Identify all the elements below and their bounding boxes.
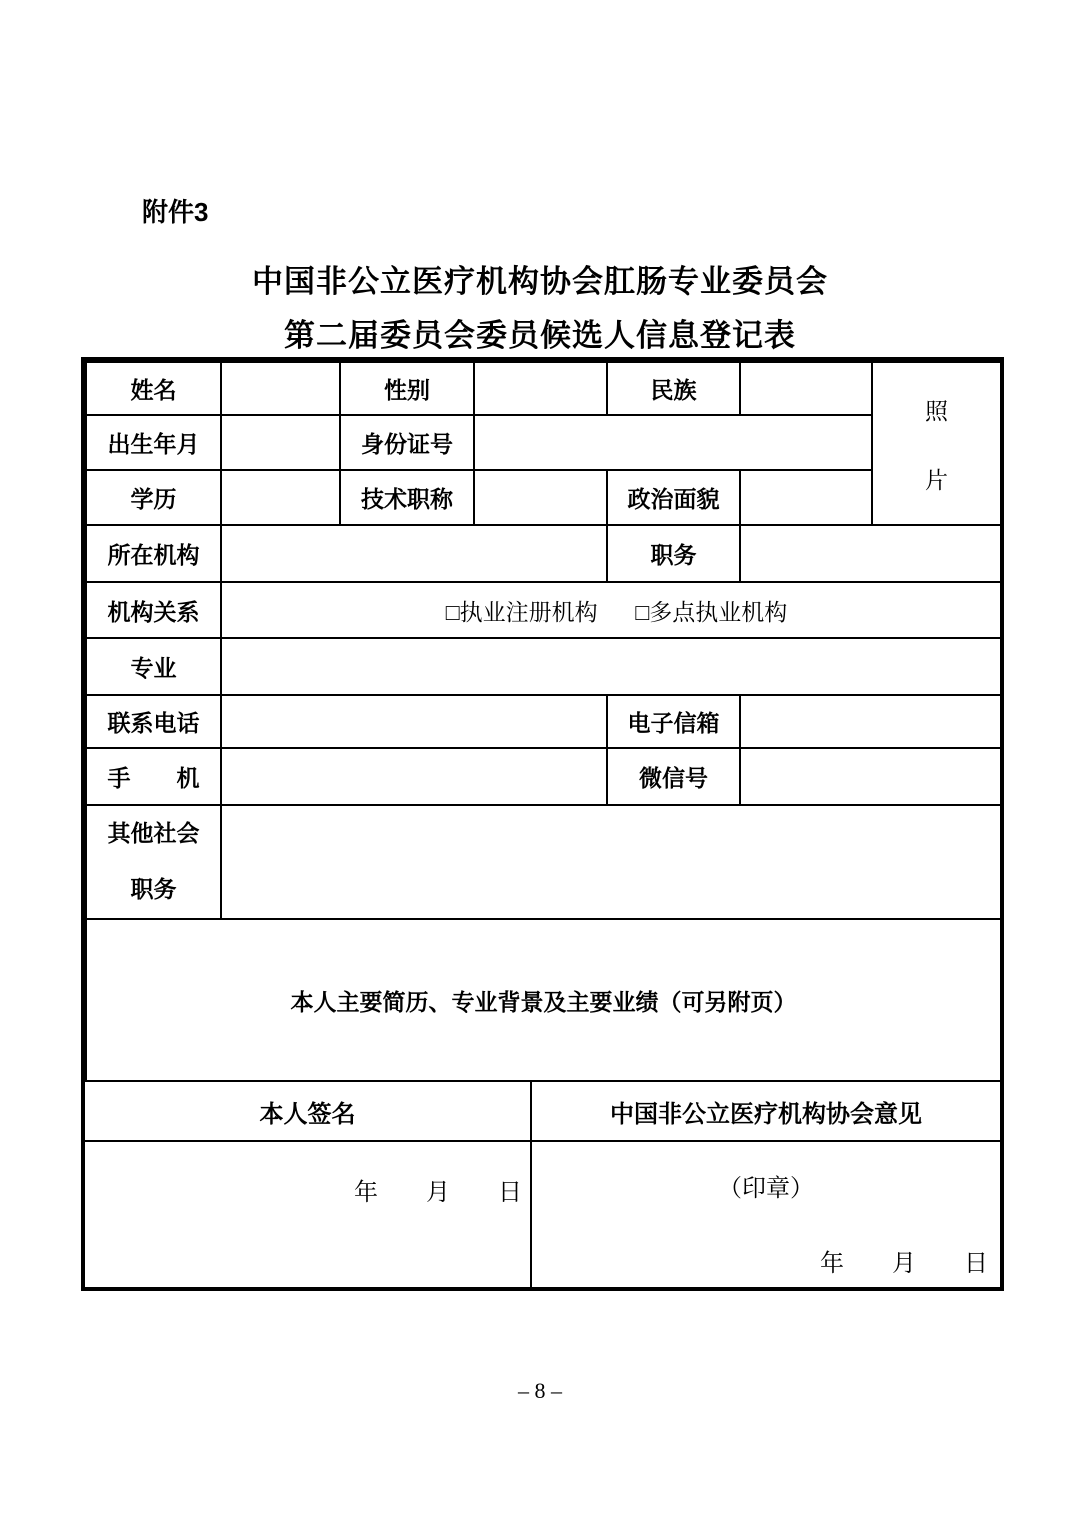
- table-row: 机构关系 □执业注册机构 □多点执业机构: [86, 582, 1001, 638]
- association-date-placeholder: 年 月 日: [532, 1243, 1000, 1278]
- table-row: 其他社会 职务: [86, 805, 1001, 919]
- table-row: 联系电话 电子信箱: [86, 695, 1001, 748]
- id-number-value-cell[interactable]: [474, 415, 872, 470]
- resume-label: 本人主要简历、专业背景及主要业绩（可另附页）: [291, 990, 797, 1015]
- id-number-label: 身份证号: [340, 415, 474, 470]
- document-page: { "page": { "attachment": "附件3", "title_…: [0, 0, 1080, 1527]
- table-row: 学历 技术职称 政治面貌: [86, 470, 1001, 525]
- ethnicity-label: 民族: [607, 362, 740, 415]
- signature-date-cell[interactable]: 年 月 日: [85, 1142, 532, 1287]
- birthdate-label: 出生年月: [86, 415, 221, 470]
- ethnicity-value-cell[interactable]: [740, 362, 872, 415]
- position-label: 职务: [607, 525, 740, 582]
- signature-section: 本人签名 中国非公立医疗机构协会意见 年 月 日 （印章） 年 月 日: [85, 1082, 1000, 1287]
- photo-label: 照 片: [873, 393, 1000, 495]
- table-row: 专业: [86, 638, 1001, 695]
- attachment-label: 附件3: [142, 192, 208, 229]
- specialty-label: 专业: [86, 638, 221, 695]
- page-number: – 8 –: [0, 1378, 1080, 1404]
- photo-char-bottom: 片: [925, 462, 948, 495]
- signature-label: 本人签名: [260, 1094, 356, 1129]
- info-grid: 姓名 性别 民族 照 片 出生年月 身份证号 学历 技术职称 政治面貌: [85, 361, 1002, 1082]
- gender-label: 性别: [340, 362, 474, 415]
- email-value-cell[interactable]: [740, 695, 1001, 748]
- photo-char-top: 照: [925, 393, 948, 426]
- email-label: 电子信箱: [607, 695, 740, 748]
- checkbox-registered-institution[interactable]: □执业注册机构: [446, 594, 598, 627]
- opinion-label: 中国非公立医疗机构协会意见: [610, 1094, 922, 1129]
- page-title-line1: 中国非公立医疗机构协会肛肠专业委员会: [0, 256, 1080, 301]
- relation-options-cell: □执业注册机构 □多点执业机构: [221, 582, 1001, 638]
- mobile-value-cell[interactable]: [221, 748, 607, 805]
- phone-value-cell[interactable]: [221, 695, 607, 748]
- page-title-line2: 第二届委员会委员候选人信息登记表: [0, 310, 1080, 355]
- table-row: 所在机构 职务: [86, 525, 1001, 582]
- phone-label: 联系电话: [86, 695, 221, 748]
- signature-date-placeholder: 年 月 日: [85, 1172, 530, 1207]
- other-duty-value-cell[interactable]: [221, 805, 1001, 919]
- mobile-label: 手 机: [86, 748, 221, 805]
- wechat-value-cell[interactable]: [740, 748, 1001, 805]
- wechat-label: 微信号: [607, 748, 740, 805]
- specialty-value-cell[interactable]: [221, 638, 1001, 695]
- other-duty-line2: 职务: [87, 862, 220, 918]
- table-row: 出生年月 身份证号: [86, 415, 1001, 470]
- relation-label: 机构关系: [86, 582, 221, 638]
- registration-form-table: 姓名 性别 民族 照 片 出生年月 身份证号 学历 技术职称 政治面貌: [81, 357, 1004, 1291]
- institution-label: 所在机构: [86, 525, 221, 582]
- political-label: 政治面貌: [607, 470, 740, 525]
- table-row: 手 机 微信号: [86, 748, 1001, 805]
- table-row: 本人主要简历、专业背景及主要业绩（可另附页）: [86, 919, 1001, 1081]
- tech-title-label: 技术职称: [340, 470, 474, 525]
- photo-placeholder-cell[interactable]: 照 片: [872, 362, 1001, 525]
- political-value-cell[interactable]: [740, 470, 872, 525]
- other-duty-label: 其他社会 职务: [86, 805, 221, 919]
- association-opinion-header-cell: 中国非公立医疗机构协会意见: [532, 1082, 1000, 1142]
- association-seal-cell[interactable]: （印章） 年 月 日: [532, 1142, 1000, 1287]
- gender-value-cell[interactable]: [474, 362, 607, 415]
- name-value-cell[interactable]: [221, 362, 340, 415]
- signature-header-cell: 本人签名: [85, 1082, 532, 1142]
- institution-value-cell[interactable]: [221, 525, 607, 582]
- birthdate-value-cell[interactable]: [221, 415, 340, 470]
- tech-title-value-cell[interactable]: [474, 470, 607, 525]
- education-value-cell[interactable]: [221, 470, 340, 525]
- seal-placeholder: （印章）: [532, 1168, 1000, 1203]
- checkbox-multi-site-institution[interactable]: □多点执业机构: [635, 594, 787, 627]
- name-label: 姓名: [86, 362, 221, 415]
- position-value-cell[interactable]: [740, 525, 1001, 582]
- education-label: 学历: [86, 470, 221, 525]
- other-duty-line1: 其他社会: [87, 806, 220, 862]
- table-row: 姓名 性别 民族 照 片: [86, 362, 1001, 415]
- resume-cell[interactable]: 本人主要简历、专业背景及主要业绩（可另附页）: [86, 919, 1001, 1081]
